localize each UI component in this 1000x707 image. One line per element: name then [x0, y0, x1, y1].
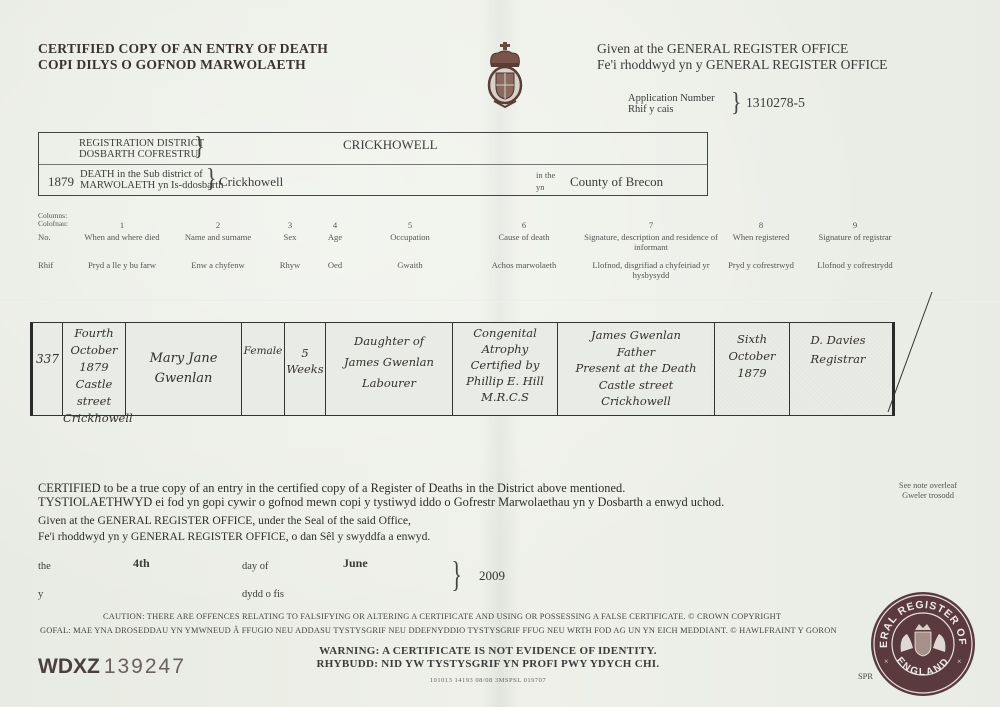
issue-year: 2009 [479, 568, 505, 584]
column-header-when-where: When and where died [72, 232, 172, 242]
column-header-occupation-cy: Gwaith [360, 260, 460, 270]
application-number: 1310278-5 [746, 95, 805, 111]
entry-number: 337 [33, 351, 62, 367]
application-number-label-en: Application Number [628, 93, 715, 104]
warning-en: WARNING: A CERTIFICATE IS NOT EVIDENCE O… [228, 645, 748, 657]
general-register-office-seal-icon: GENERAL REGISTER OFFICE ENGLAND × × [871, 592, 975, 696]
caution-en: CAUTION: THERE ARE OFFENCES RELATING TO … [103, 612, 781, 621]
entry-registered-line: 1879 [715, 365, 789, 382]
column-header-name: Name and surname [168, 232, 268, 242]
the-label-en: the [38, 561, 51, 572]
see-note-en: See note overleaf [888, 481, 968, 491]
entry-informant-line: Castle street [558, 377, 714, 394]
svg-text:ENGLAND: ENGLAND [894, 655, 952, 678]
entry-sex: Female [242, 343, 284, 359]
entry-cause-line: Certified by [453, 357, 557, 373]
entry-registrar-signature: D. Davies Registrar [790, 331, 886, 369]
entry-occupation-line: James Gwenlan [326, 352, 452, 373]
column-header-registrar-signature-cy: Llofnod y cofrestrydd [800, 260, 910, 270]
subdistrict-label-cy: MARWOLAETH yn Is-ddosbarth [80, 180, 223, 191]
entry-cause-line: Atrophy [453, 341, 557, 357]
entry-age-value: 5 [285, 345, 325, 361]
column-header-age: Age [315, 232, 355, 242]
columns-label: Columns: Colofnau: [38, 212, 68, 228]
entry-occupation-line: Daughter of [326, 331, 452, 352]
svg-text:×: × [957, 657, 962, 666]
entry-registered-line: Sixth [715, 331, 789, 348]
entry-where-line: Crickhowell [63, 410, 125, 427]
columns-label-cy: Colofnau: [38, 220, 68, 228]
column-header-no: No. [38, 232, 51, 242]
serial-prefix: WDXZ [38, 655, 100, 678]
certificate-serial: WDXZ 139247 [38, 655, 186, 679]
subdistrict-label-en: DEATH in the Sub district of [80, 169, 203, 180]
column-number-4: 4 [315, 220, 355, 230]
entry-registered-line: October [715, 348, 789, 365]
issue-month: June [343, 556, 368, 571]
registration-district-label-cy: DOSBARTH COFRESTRU [79, 149, 198, 160]
column-header-sex: Sex [270, 232, 310, 242]
entry-where-line: Castle street [63, 376, 125, 410]
in-the-label-en: in the [536, 170, 555, 180]
entry-informant-line: Crickhowell [558, 393, 714, 410]
serial-number: 139247 [104, 655, 186, 678]
register-entry: 337 Fourth October 1879 Castle street Cr… [30, 322, 895, 416]
royal-coat-of-arms-icon [482, 41, 528, 111]
entry-when-registered: Sixth October 1879 [715, 331, 789, 382]
column-header-informant: Signature, description and residence of … [576, 232, 726, 252]
entry-surname: Gwenlan [126, 369, 241, 389]
entry-informant-line: James Gwenlan [558, 327, 714, 344]
column-number-9: 9 [800, 220, 910, 230]
column-header-no-cy: Rhif [38, 260, 53, 270]
entry-informant-line: Present at the Death [558, 360, 714, 377]
county-name: County of Brecon [570, 174, 663, 190]
column-header-when-where-cy: Pryd a lle y bu farw [72, 260, 172, 270]
registration-district-label-en: REGISTRATION DISTRICT [79, 138, 204, 149]
the-label-cy: y [38, 589, 43, 600]
entry-occupation-line: Labourer [326, 373, 452, 394]
entry-age: 5 Weeks [285, 345, 325, 377]
column-number-6: 6 [474, 220, 574, 230]
column-header-occupation: Occupation [360, 232, 460, 242]
column-header-informant-cy: Llofnod, disgrifiad a chyfeiriad yr hysb… [576, 260, 726, 280]
brace-icon: } [206, 162, 217, 193]
warning-cy: RHYBUDD: NID YW TYSTYSGRIF YN PROFI PWY … [228, 658, 748, 670]
column-header-sex-cy: Rhyw [270, 260, 310, 270]
entry-when-line: October [63, 342, 125, 359]
column-number-2: 2 [168, 220, 268, 230]
column-number-1: 1 [72, 220, 172, 230]
title-english: CERTIFIED COPY OF AN ENTRY OF DEATH [38, 41, 328, 57]
entry-registrar-name: D. Davies [790, 331, 886, 350]
entry-occupation: Daughter of James Gwenlan Labourer [326, 331, 452, 394]
certified-statement-cy: TYSTIOLAETHWYD ei fod yn gopi cywir o go… [38, 495, 724, 510]
entry-when-where: Fourth October 1879 Castle street Crickh… [63, 325, 125, 427]
strike-line [880, 290, 940, 420]
paper-fold [0, 300, 1000, 302]
column-header-cause-cy: Achos marwolaeth [474, 260, 574, 270]
caution-cy: GOFAL: MAE YNA DROSEDDAU YN YMWNEUD Â FF… [40, 626, 837, 635]
see-note-cy: Gweler trosodd [888, 491, 968, 501]
death-year: 1879 [48, 174, 74, 190]
given-at-welsh: Fe'i rhoddwyd yn y GENERAL REGISTER OFFI… [597, 57, 887, 73]
entry-when-line: 1879 [63, 359, 125, 376]
day-of-label-cy: dydd o fis [242, 589, 284, 600]
column-header-age-cy: Oed [315, 260, 355, 270]
column-label-cy: Rhif [38, 260, 53, 270]
in-the-label-cy: yn [536, 182, 545, 192]
entry-informant-line: Father [558, 344, 714, 361]
entry-name: Mary Jane Gwenlan [126, 349, 241, 389]
district-divider [39, 164, 707, 165]
column-header-cause: Cause of death [474, 232, 574, 242]
see-note-overleaf: See note overleaf Gweler trosodd [888, 481, 968, 501]
print-code: 101013 14193 08/08 3MSPSL 019707 [228, 677, 748, 684]
entry-cause-line: Congenital [453, 325, 557, 341]
entry-age-unit: Weeks [285, 361, 325, 377]
application-number-label-cy: Rhif y cais [628, 104, 674, 115]
svg-text:×: × [884, 657, 889, 666]
column-number-3: 3 [270, 220, 310, 230]
subdistrict-name: Crickhowell [219, 174, 283, 190]
column-label-en: No. [38, 232, 51, 242]
day-of-label-en: day of [242, 561, 269, 572]
entry-when-line: Fourth [63, 325, 125, 342]
given-under-seal-en: Given at the GENERAL REGISTER OFFICE, un… [38, 514, 411, 527]
title-welsh: COPI DILYS O GOFNOD MARWOLAETH [38, 57, 306, 73]
column-header-name-cy: Enw a chyfenw [168, 260, 268, 270]
certified-statement-en: CERTIFIED to be a true copy of an entry … [38, 481, 625, 496]
registration-district-name: CRICKHOWELL [343, 137, 438, 153]
brace-icon: } [731, 86, 742, 117]
column-number-7: 7 [576, 220, 726, 230]
brace-icon: } [451, 553, 461, 595]
entry-informant: James Gwenlan Father Present at the Deat… [558, 327, 714, 410]
given-at-english: Given at the GENERAL REGISTER OFFICE [597, 41, 848, 57]
entry-registrar-title: Registrar [790, 350, 886, 369]
brace-icon: } [194, 130, 205, 161]
entry-cause-line: M.R.C.S [453, 389, 557, 405]
spr-mark: SPR [858, 672, 873, 681]
given-under-seal-cy: Fe'i rhoddwyd yn y GENERAL REGISTER OFFI… [38, 530, 430, 543]
column-divider [241, 323, 242, 415]
entry-forenames: Mary Jane [126, 349, 241, 369]
entry-cause-of-death: Congenital Atrophy Certified by Phillip … [453, 325, 557, 405]
entry-cause-line: Phillip E. Hill [453, 373, 557, 389]
issue-day: 4th [133, 556, 150, 571]
column-number-5: 5 [360, 220, 460, 230]
column-header-registrar-signature: Signature of registrar [800, 232, 910, 242]
